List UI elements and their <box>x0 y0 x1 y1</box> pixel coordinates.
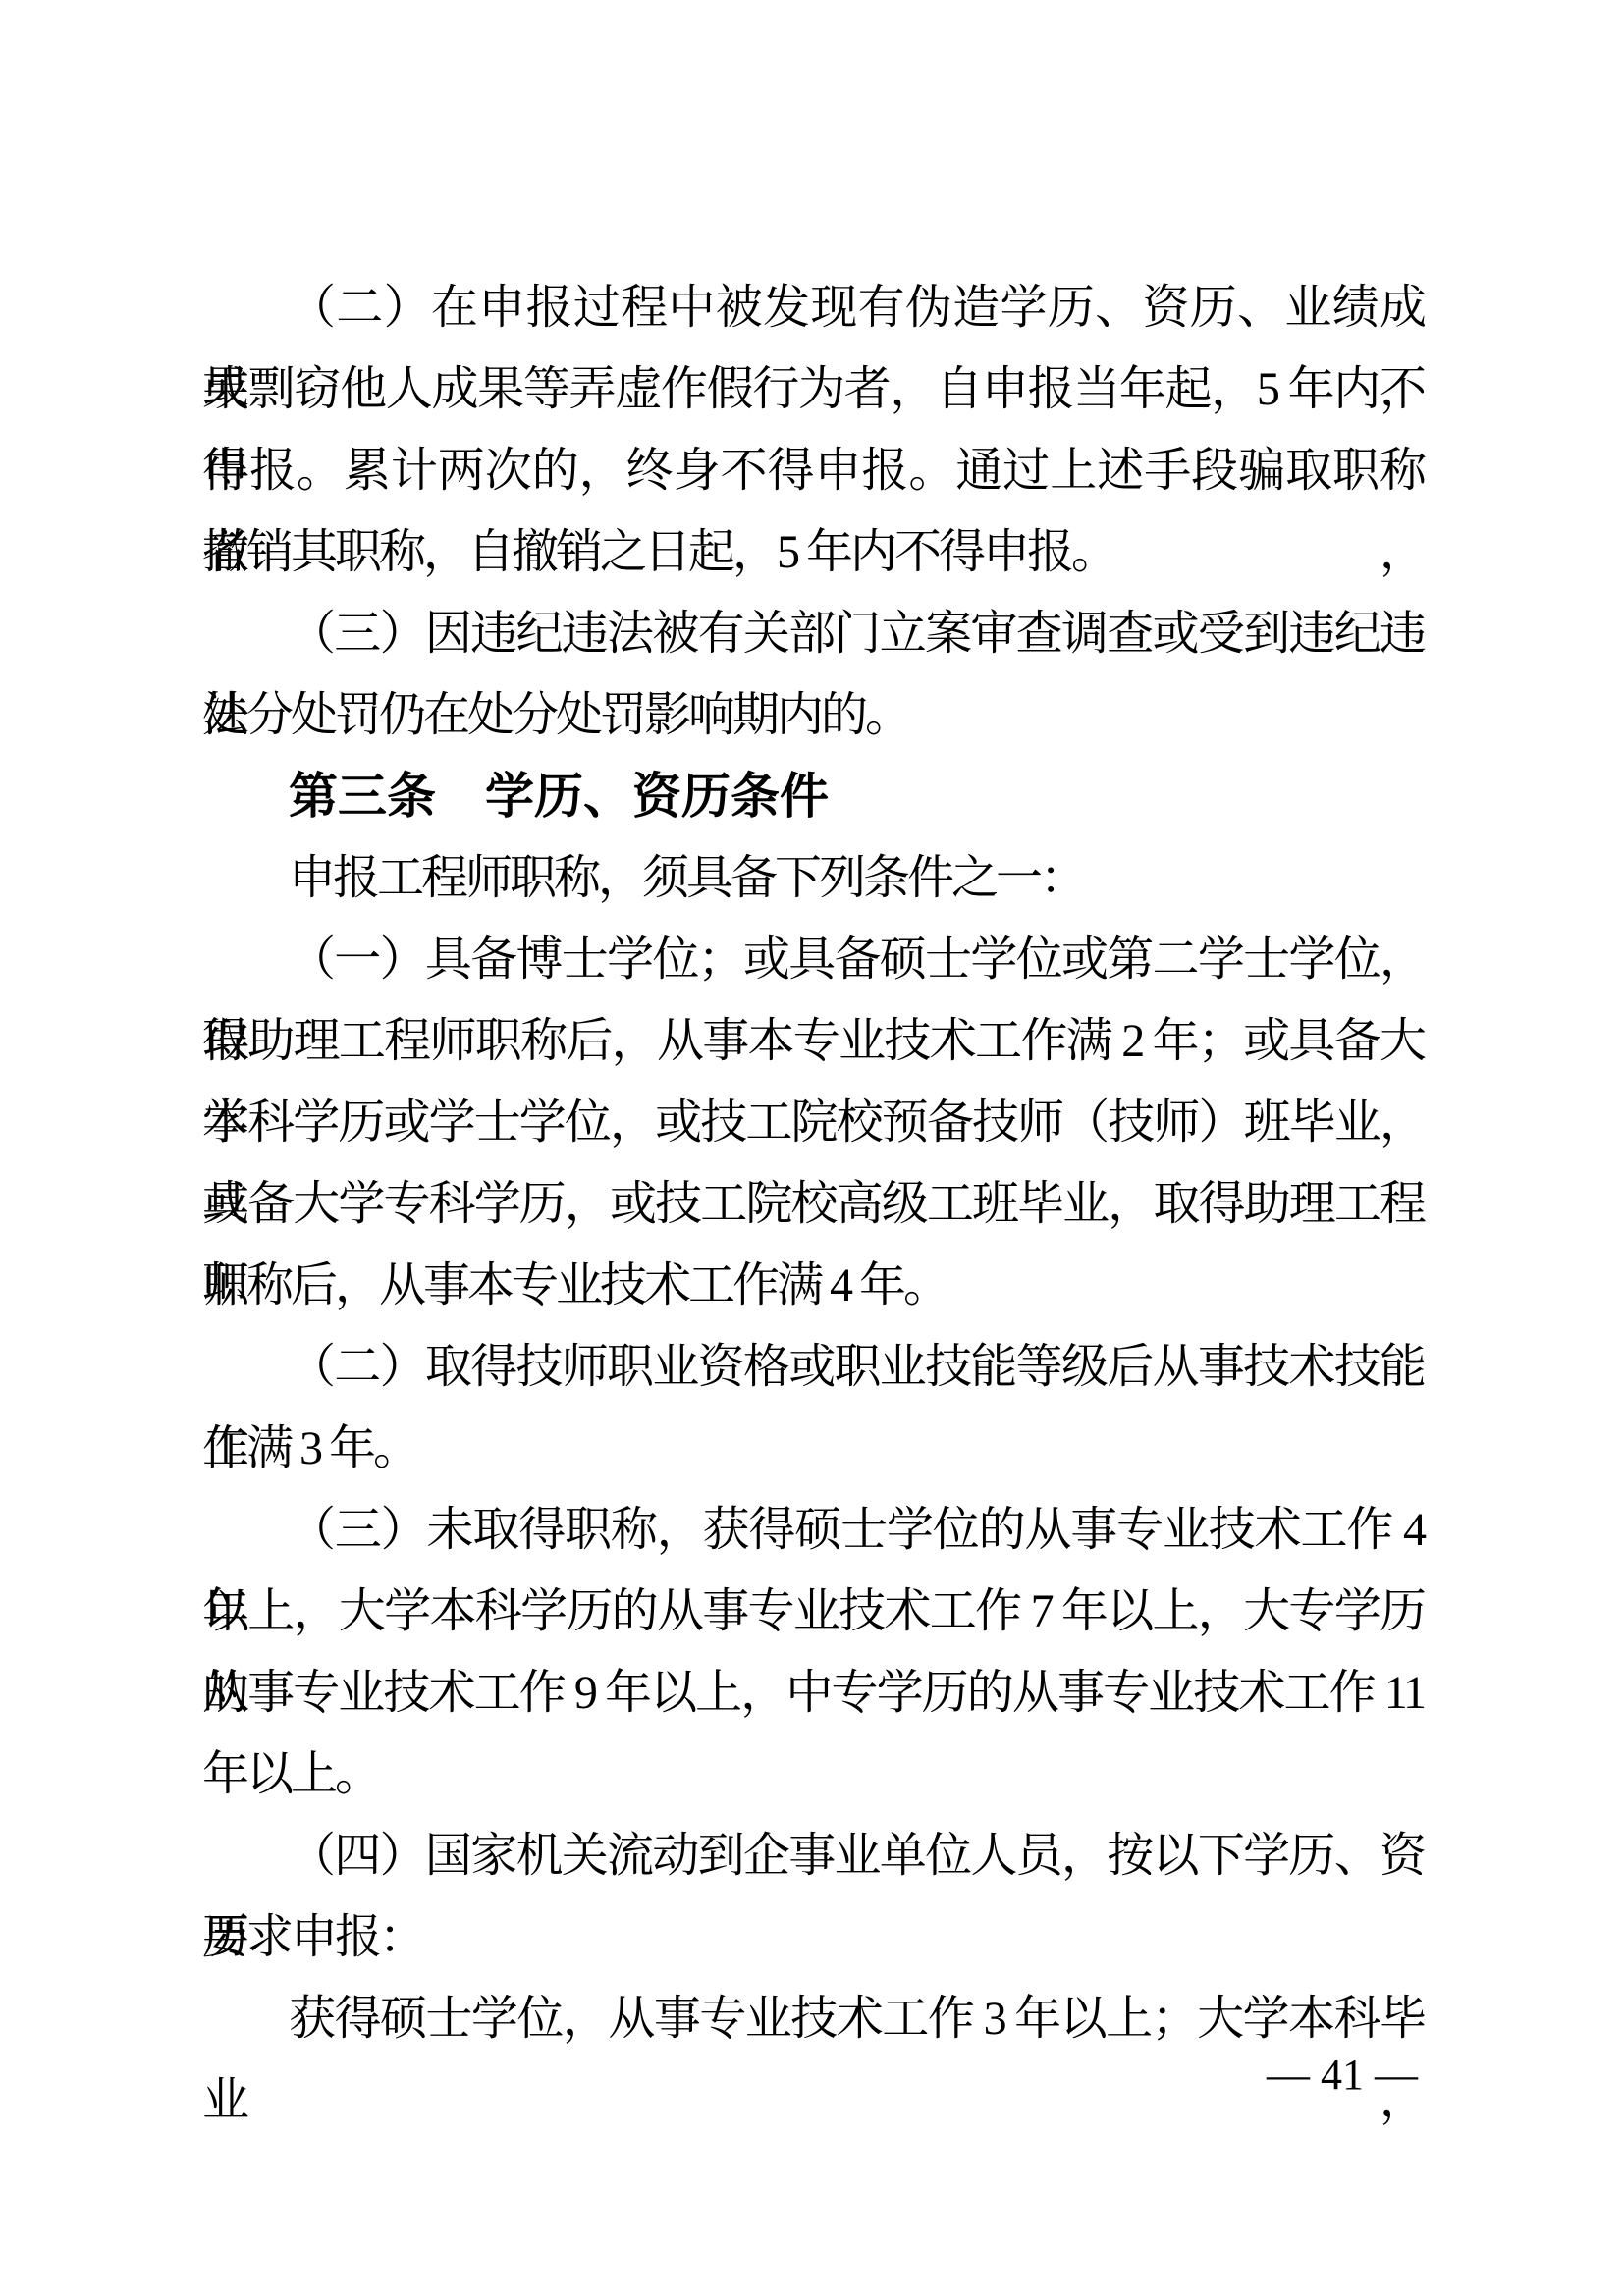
page-number: — 41 — <box>1267 2050 1418 2101</box>
text-line: 得助理工程师职称后，从事本专业技术工作满 2 年；或具备大学 <box>202 1000 1424 1082</box>
text-line: 职称后，从事本专业技术工作满 4 年。 <box>202 1245 1424 1326</box>
text-line: 本科学历或学士学位，或技工院校预备技师（技师）班毕业，或 <box>202 1082 1424 1163</box>
text-line: （三）未取得职称，获得硕士学位的从事专业技术工作 4 年 <box>202 1489 1424 1571</box>
document-page: （二）在申报过程中被发现有伪造学历、资历、业绩成果， 或剽窃他人成果等弄虚作假行… <box>0 0 1624 2296</box>
text-line: 年以上。 <box>202 1734 1424 1815</box>
text-line: 或剽窃他人成果等弄虚作假行为者，自申报当年起，5 年内不得 <box>202 348 1424 430</box>
document-body: （二）在申报过程中被发现有伪造学历、资历、业绩成果， 或剽窃他人成果等弄虚作假行… <box>202 267 1424 2059</box>
text-line: 获得硕士学位，从事专业技术工作 3 年以上；大学本科毕业， <box>202 1978 1424 2059</box>
text-line: 申报工程师职称，须具备下列条件之一： <box>202 837 1424 919</box>
text-line: 要求申报： <box>202 1896 1424 1978</box>
text-line: 作满 3 年。 <box>202 1408 1424 1489</box>
text-line: （一）具备博士学位；或具备硕士学位或第二学士学位，取 <box>202 919 1424 1000</box>
text-line: 以上，大学本科学历的从事专业技术工作 7 年以上，大专学历的 <box>202 1571 1424 1652</box>
text-line: 具备大学专科学历，或技工院校高级工班毕业，取得助理工程师 <box>202 1163 1424 1245</box>
text-line: 申报。累计两次的，终身不得申报。通过上述手段骗取职称者， <box>202 430 1424 511</box>
section-heading: 第三条 学历、资历条件 <box>202 756 1424 837</box>
text-line: （三）因违纪违法被有关部门立案审查调查或受到违纪违法 <box>202 593 1424 674</box>
text-line: （二）在申报过程中被发现有伪造学历、资历、业绩成果， <box>202 267 1424 348</box>
text-line: （四）国家机关流动到企事业单位人员，按以下学历、资历 <box>202 1815 1424 1896</box>
text-line: 从事专业技术工作 9 年以上，中专学历的从事专业技术工作 11 <box>202 1652 1424 1734</box>
text-line: 处分处罚仍在处分处罚影响期内的。 <box>202 674 1424 756</box>
text-line: （二）取得技师职业资格或职业技能等级后从事技术技能工 <box>202 1326 1424 1408</box>
